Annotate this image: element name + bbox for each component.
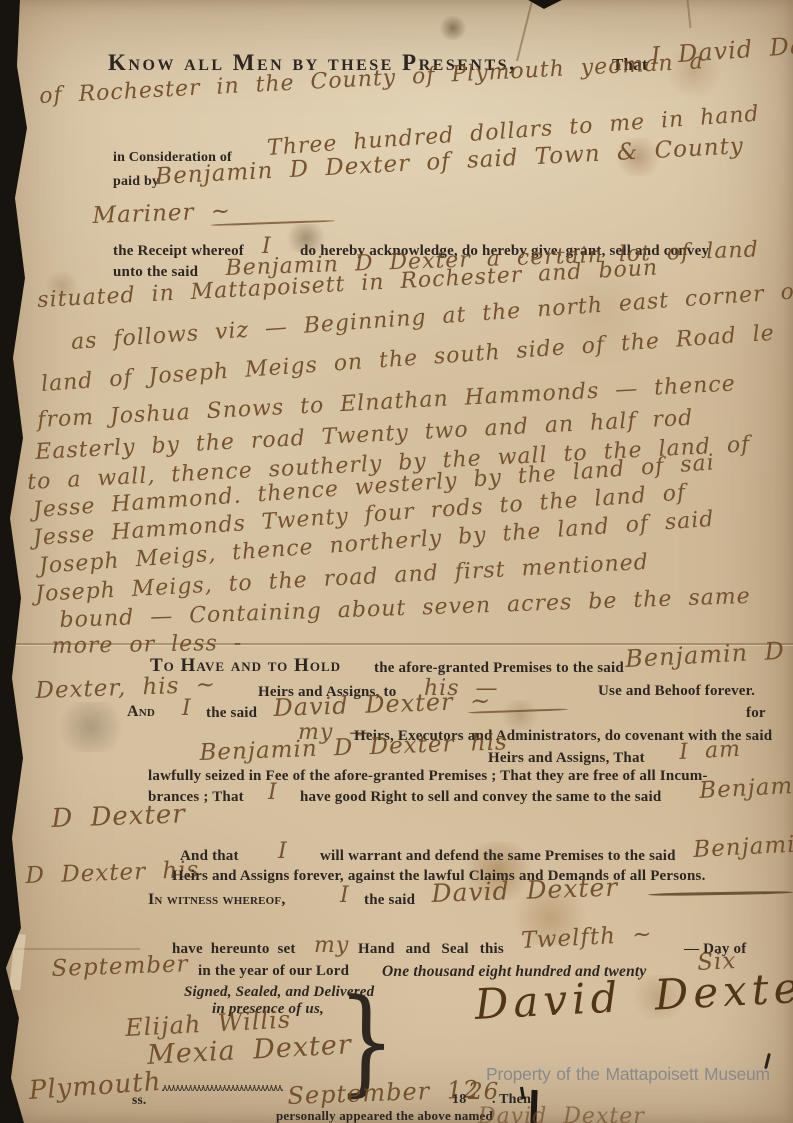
covenant-grantee-hand: Benjamin D Dexter his [199,729,508,766]
hand-seal-printed: Hand and Seal this [358,941,504,958]
unto-label: unto the said [113,264,198,281]
fold-crease-corner [687,0,692,28]
month-hand: September [51,951,189,982]
stain-blot [438,16,468,40]
day-hand: Twelfth ~ [521,921,654,954]
pen-flourish [648,891,793,896]
warranty-i-hand: I [278,839,288,864]
covenant-i-hand: I [182,696,192,721]
museum-watermark: Property of the Mattapoisett Museum [486,1064,770,1085]
covenant-ddexter-hand: D Dexter [51,799,186,834]
year-printed-1: in the year of our Lord [198,963,349,980]
habendum-grantee-hand: Benjamin D [625,637,786,673]
paid-by-label: paid by [113,174,159,190]
set-hand-printed: have hereunto set [172,941,296,958]
warranty-printed: will warrant and defend the same Premise… [320,848,676,865]
testimonium-grantor-hand: David Dexter [431,873,619,908]
habendum-printed: the afore-granted Premises to the said [374,660,624,677]
appeared-printed: personally appeared the above named [276,1108,493,1123]
covenant-seized-printed: lawfully seized in Fee of the afore-gran… [148,768,708,785]
my-hand: my [314,933,349,958]
habendum-use-printed: Use and Behoof forever. [598,683,755,700]
testimonium-i-hand: I [340,883,350,908]
appeared-name-hand: David Dexter [478,1104,645,1123]
covenant-assigns-printed: Heirs and Assigns, That [488,750,645,767]
fold-crease-top [516,0,534,61]
covenant-i-am-hand: I am [679,737,742,765]
witness-whereof-printed: In witness whereof, [148,891,286,909]
tear-shadow [14,948,140,950]
ack-year-printed: 18 [452,1092,466,1108]
warranty-benjamin-hand: Benjamin [693,831,793,863]
covenant-i2-hand: I [268,780,278,805]
tear-highlight [9,934,26,991]
stain-blot [498,700,542,730]
deed-paper: Know all Men by these Presents, That I D… [0,0,793,1123]
zigzag-rule [162,1085,283,1091]
covenant-said-printed: the said [206,705,257,722]
covenant-right-printed: have good Right to sell and convey the s… [300,789,661,806]
covenant-and-printed: And [127,703,155,721]
ack-date-hand: September 12 [287,1075,480,1110]
stain-blot [52,702,130,752]
testimonium-said-printed: the said [364,892,415,909]
covenant-for-printed: for [746,705,766,722]
covenant-benjamin-hand: Benjamin [699,772,793,804]
ss-printed: ss. [132,1092,146,1108]
